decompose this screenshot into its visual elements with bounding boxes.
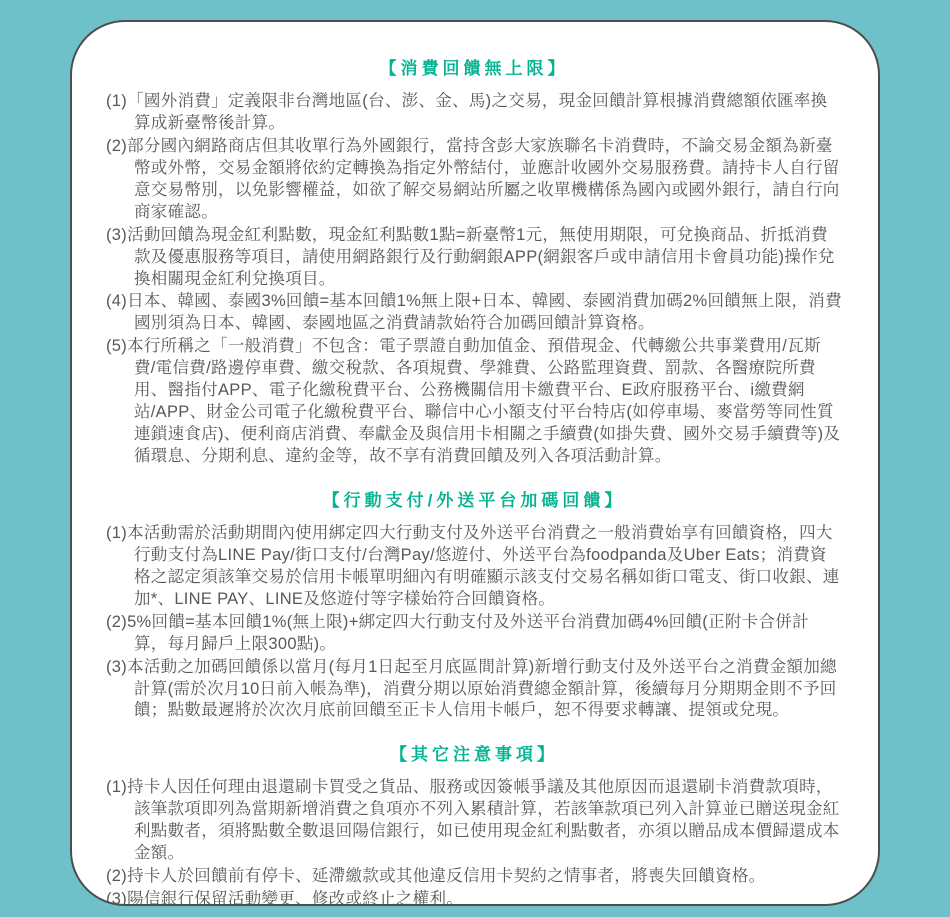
item-marker: (3) (106, 226, 127, 244)
terms-item: (2)部分國內網路商店但其收單行為外國銀行，當持含彭大家族聯名卡消費時，不論交易… (106, 136, 842, 224)
terms-item: (2)5%回饋=基本回饋1%(無上限)+綁定四大行動支付及外送平台消費加碼4%回… (106, 612, 842, 656)
item-marker: (1) (106, 778, 127, 796)
terms-item: (1)「國外消費」定義限非台灣地區(台、澎、金、馬)之交易，現金回饋計算根據消費… (106, 91, 842, 135)
terms-item: (2)持卡人於回饋前有停卡、延滯繳款或其他違反信用卡契約之情事者，將喪失回饋資格… (106, 866, 842, 888)
terms-item: (5)本行所稱之「一般消費」不包含：電子票證自動加值金、預借現金、代轉繳公共事業… (106, 336, 842, 468)
item-marker: (3) (106, 658, 127, 676)
page-background: { "page": { "background_color": "#6ec1c9… (0, 0, 950, 917)
section-title: 【行動支付/外送平台加碼回饋】 (106, 486, 842, 511)
item-text: 5%回饋=基本回饋1%(無上限)+綁定四大行動支付及外送平台消費加碼4%回饋(正… (127, 613, 809, 653)
terms-section: 【其它注意事項】 (1)持卡人因任何理由退還刷卡買受之貨品、服務或因簽帳爭議及其… (106, 740, 842, 906)
terms-item: (1)持卡人因任何理由退還刷卡買受之貨品、服務或因簽帳爭議及其他原因而退還刷卡消… (106, 777, 842, 865)
item-marker: (1) (106, 92, 127, 110)
item-text: 持卡人於回饋前有停卡、延滯繳款或其他違反信用卡契約之情事者，將喪失回饋資格。 (127, 867, 765, 885)
item-text: 本活動需於活動期間內使用綁定四大行動支付及外送平台消費之一般消費始享有回饋資格，… (127, 524, 840, 608)
terms-item: (3)本活動之加碼回饋係以當月(每月1日起至月底區間計算)新增行動支付及外送平台… (106, 657, 842, 723)
section-title: 【其它注意事項】 (106, 740, 842, 765)
item-marker: (1) (106, 524, 127, 542)
terms-item: (4)日本、韓國、泰國3%回饋=基本回饋1%無上限+日本、韓國、泰國消費加碼2%… (106, 291, 842, 335)
item-marker: (2) (106, 867, 127, 885)
item-marker: (2) (106, 613, 127, 631)
item-marker: (4) (106, 292, 127, 310)
terms-item: (3)陽信銀行保留活動變更、修改或終止之權利。 (106, 889, 842, 906)
terms-card: 【消費回饋無上限】 (1)「國外消費」定義限非台灣地區(台、澎、金、馬)之交易，… (70, 20, 880, 906)
terms-section: 【行動支付/外送平台加碼回饋】 (1)本活動需於活動期間內使用綁定四大行動支付及… (106, 486, 842, 722)
item-text: 陽信銀行保留活動變更、修改或終止之權利。 (127, 890, 463, 906)
item-text: 活動回饋為現金紅利點數，現金紅利點數1點=新臺幣1元，無使用期限，可兌換商品、折… (127, 226, 835, 288)
item-text: 部分國內網路商店但其收單行為外國銀行，當持含彭大家族聯名卡消費時，不論交易金額為… (127, 137, 840, 221)
terms-section: 【消費回饋無上限】 (1)「國外消費」定義限非台灣地區(台、澎、金、馬)之交易，… (106, 54, 842, 468)
terms-item: (1)本活動需於活動期間內使用綁定四大行動支付及外送平台消費之一般消費始享有回饋… (106, 523, 842, 611)
item-marker: (3) (106, 890, 127, 906)
item-text: 日本、韓國、泰國3%回饋=基本回饋1%無上限+日本、韓國、泰國消費加碼2%回饋無… (127, 292, 842, 332)
section-title: 【消費回饋無上限】 (106, 54, 842, 79)
item-text: 本行所稱之「一般消費」不包含：電子票證自動加值金、預借現金、代轉繳公共事業費用/… (127, 337, 840, 465)
item-text: 本活動之加碼回饋係以當月(每月1日起至月底區間計算)新增行動支付及外送平台之消費… (127, 658, 837, 720)
item-marker: (2) (106, 137, 127, 155)
item-text: 持卡人因任何理由退還刷卡買受之貨品、服務或因簽帳爭議及其他原因而退還刷卡消費款項… (127, 778, 840, 862)
terms-item: (3)活動回饋為現金紅利點數，現金紅利點數1點=新臺幣1元，無使用期限，可兌換商… (106, 225, 842, 291)
item-marker: (5) (106, 337, 127, 355)
item-text: 「國外消費」定義限非台灣地區(台、澎、金、馬)之交易，現金回饋計算根據消費總額依… (127, 92, 827, 132)
